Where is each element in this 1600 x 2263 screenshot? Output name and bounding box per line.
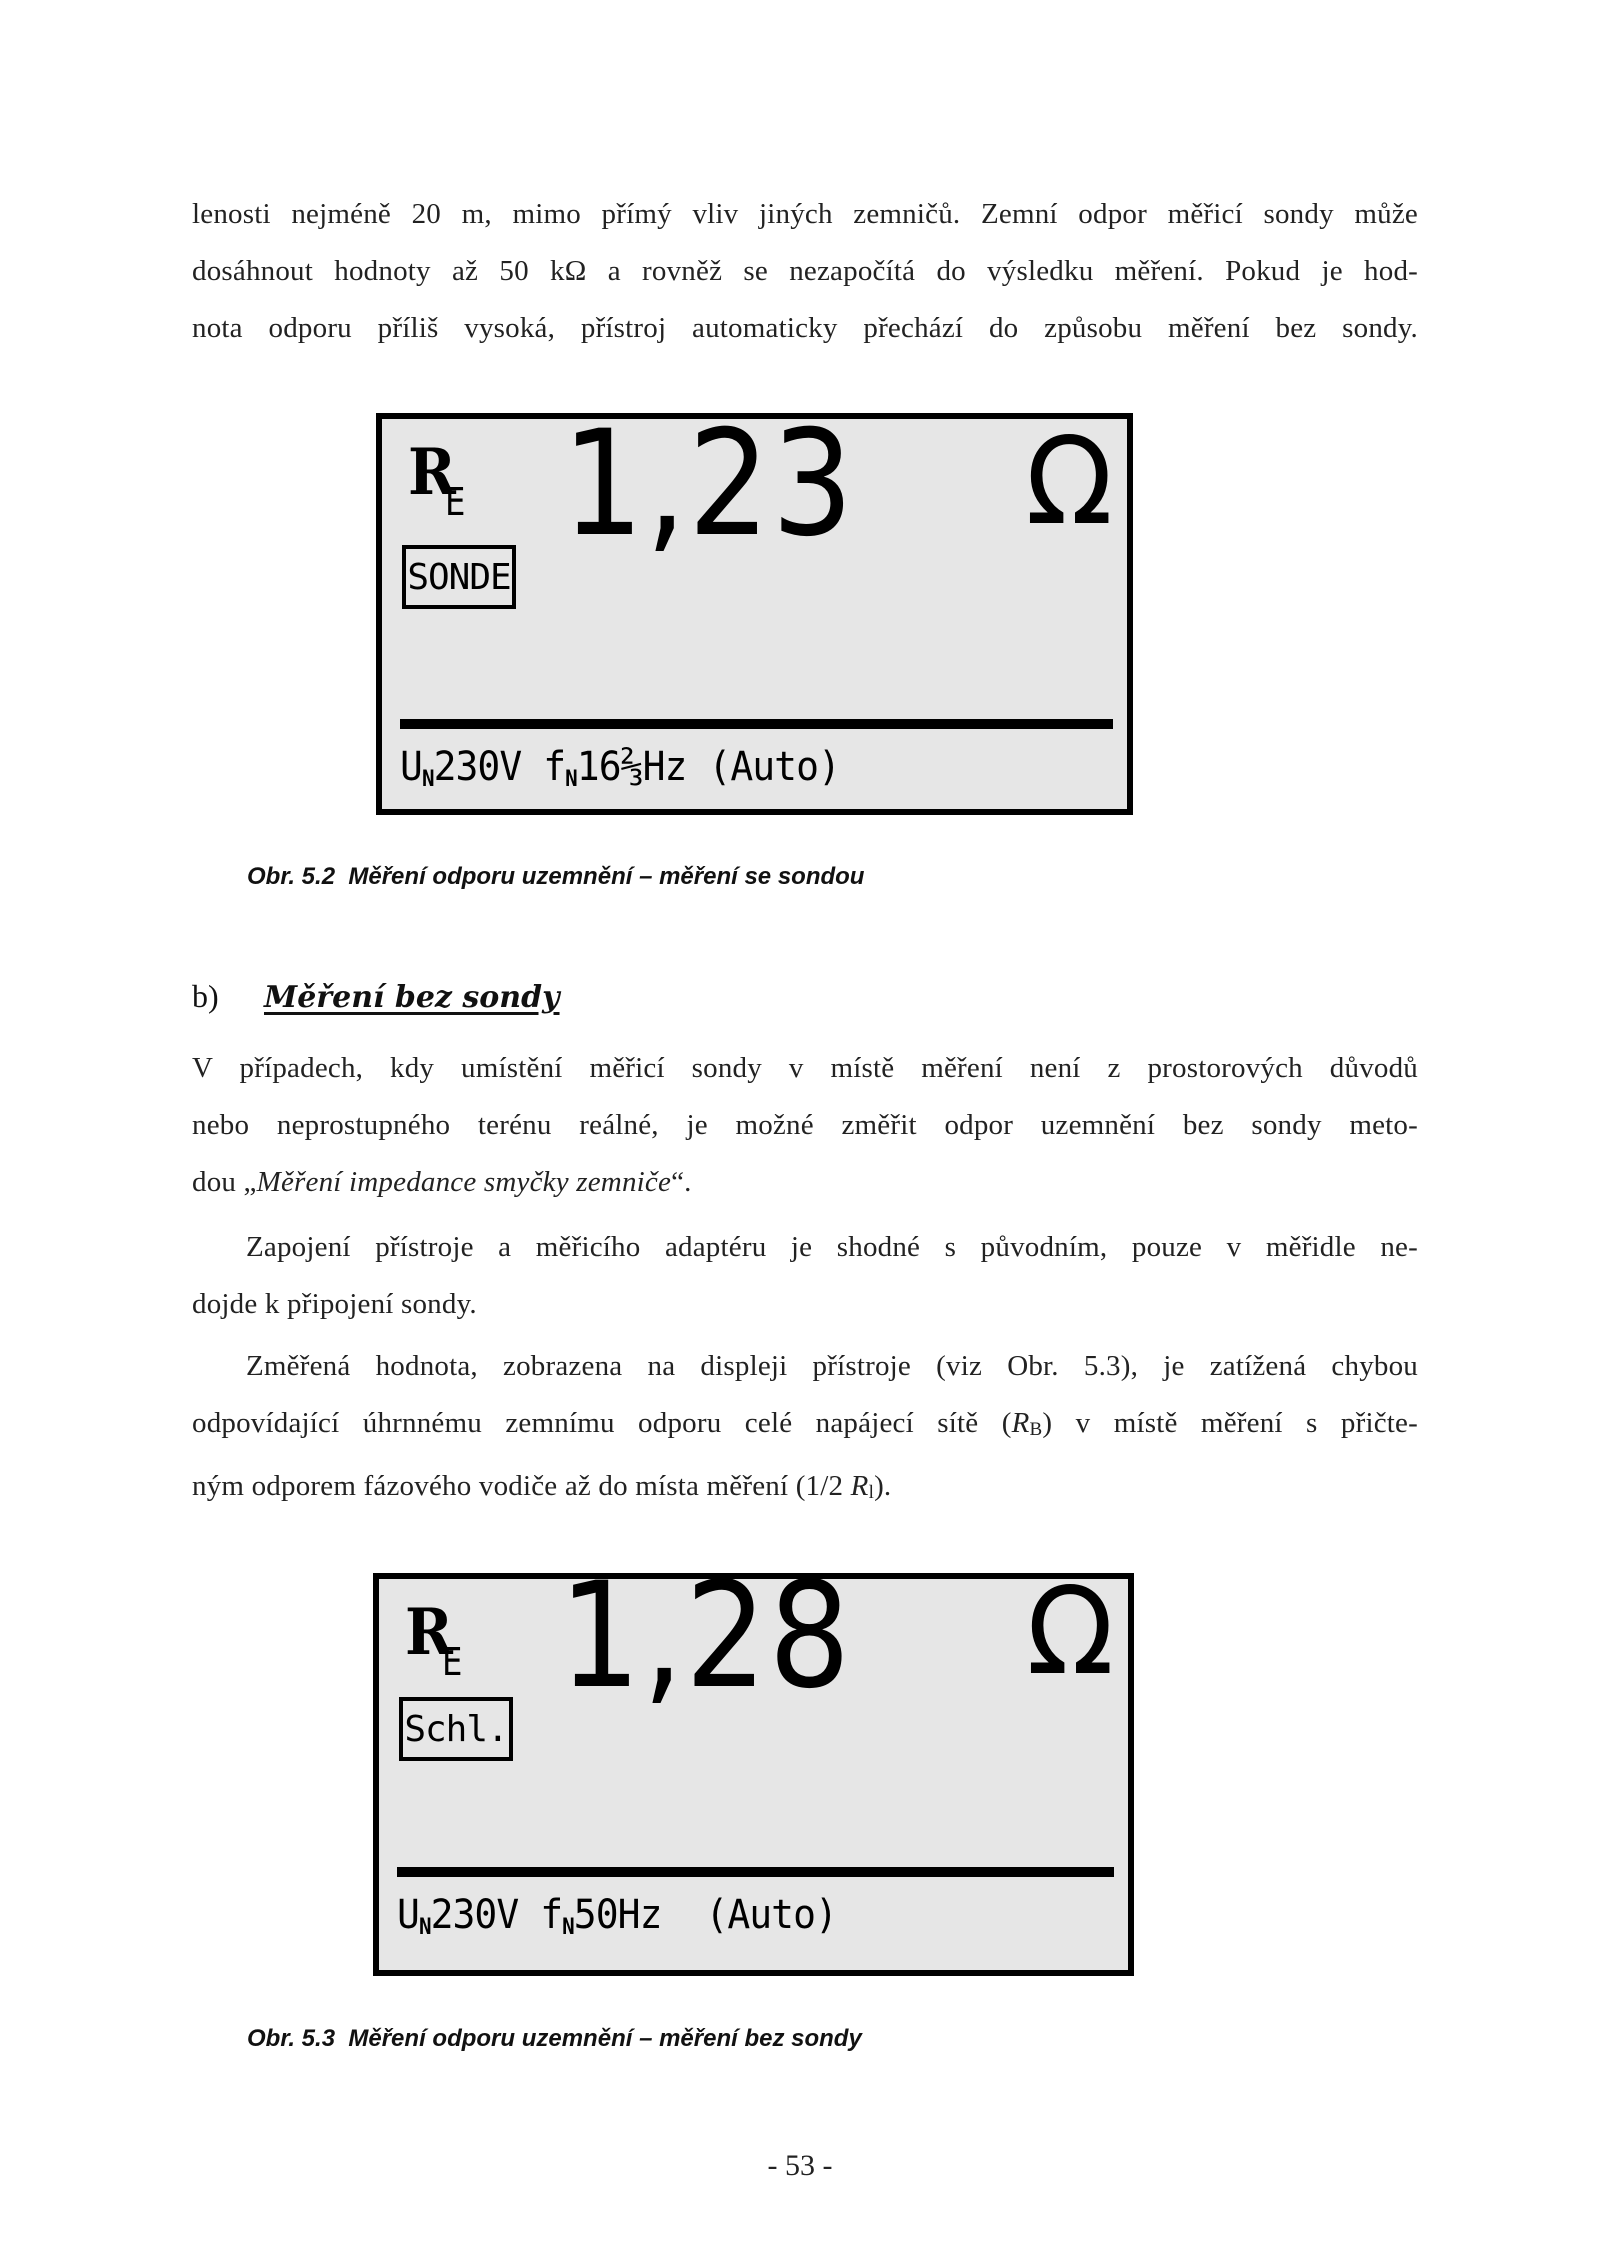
measured-value: 1,28 <box>559 1563 852 1709</box>
mode-badge: SONDE <box>402 545 516 609</box>
section-marker: b) <box>192 974 264 1018</box>
text-fragment: ným odporem fázového vodiče až do místa … <box>192 1470 851 1502</box>
meter-display-without-probe: R E Schl. 1,28 Ω UN230V fN50Hz (Auto) <box>373 1573 1134 1976</box>
paragraph-b1: V případech, kdy umístění měřicí sondy v… <box>192 1040 1418 1211</box>
text-fragment: ) v místě měření s přičte- <box>1042 1407 1418 1439</box>
text-fragment: “. <box>671 1166 692 1198</box>
measured-value: 1,23 <box>562 411 855 557</box>
text-line: dojde k připojení sondy. <box>192 1276 1418 1333</box>
symbol: R <box>1012 1407 1030 1439</box>
text-line: lenosti nejméně 20 m, mimo přímý vliv ji… <box>192 186 1418 243</box>
text-line: odpovídající úhrnnému zemnímu odporu cel… <box>192 1395 1418 1458</box>
voltage-value: 230V <box>434 744 522 790</box>
frequency-subscript: N <box>562 1915 574 1940</box>
paragraph-b3: Změřená hodnota, zobrazena na displeji p… <box>192 1338 1418 1521</box>
page-number: - 53 - <box>0 2148 1600 2184</box>
meter-display-with-probe: R E SONDE 1,23 Ω UN230V fN16⅔Hz (Auto) <box>376 413 1133 815</box>
frequency-label: f <box>540 1892 562 1938</box>
frequency-subscript: N <box>565 767 577 792</box>
figure-caption: Obr. 5.3 Měření odporu uzemnění – měření… <box>247 2024 862 2054</box>
range-mode: (Auto) <box>705 1892 837 1938</box>
method-name: Měření impedance smyčky zemniče <box>257 1166 671 1198</box>
status-line: UN230V fN16⅔Hz (Auto) <box>400 747 840 791</box>
text-fragment: ). <box>874 1470 891 1502</box>
text-line: ným odporem fázového vodiče až do místa … <box>192 1458 1418 1521</box>
section-title: Měření bez sondy <box>264 980 560 1015</box>
voltage-value: 230V <box>431 1892 519 1938</box>
text-fragment: dou „ <box>192 1166 257 1198</box>
voltage-subscript: N <box>422 767 434 792</box>
quantity-subscript: E <box>445 483 465 521</box>
frequency-value: 16⅔Hz <box>577 744 687 790</box>
text-line: nota odporu příliš vysoká, přístroj auto… <box>192 300 1418 357</box>
status-line: UN230V fN50Hz (Auto) <box>397 1895 837 1939</box>
text-line: dosáhnout hodnoty až 50 kΩ a rovněž se n… <box>192 243 1418 300</box>
unit-ohm: Ω <box>1027 1573 1114 1693</box>
text-line: nebo neprostupného terénu reálné, je mož… <box>192 1097 1418 1154</box>
section-heading: b)Měření bez sondy <box>192 974 560 1020</box>
text-fragment: odpovídající úhrnnému zemnímu odporu cel… <box>192 1407 1012 1439</box>
voltage-label: U <box>400 744 422 790</box>
range-mode: (Auto) <box>708 744 840 790</box>
figure-caption: Obr. 5.2 Měření odporu uzemnění – měření… <box>247 862 864 892</box>
paragraph-b2: Zapojení přístroje a měřicího adaptéru j… <box>192 1219 1418 1333</box>
text-line: V případech, kdy umístění měřicí sondy v… <box>192 1040 1418 1097</box>
text-line: dou „Měření impedance smyčky zemniče“. <box>192 1154 1418 1211</box>
text-line: Změřená hodnota, zobrazena na displeji p… <box>192 1338 1418 1395</box>
display-divider <box>400 719 1113 729</box>
paragraph-intro: lenosti nejméně 20 m, mimo přímý vliv ji… <box>192 186 1418 357</box>
voltage-label: U <box>397 1892 419 1938</box>
quantity-subscript: E <box>442 1643 462 1681</box>
voltage-subscript: N <box>419 1915 431 1940</box>
display-divider <box>397 1867 1114 1877</box>
text-line: Zapojení přístroje a měřicího adaptéru j… <box>192 1219 1418 1276</box>
frequency-value: 50Hz <box>574 1892 684 1938</box>
mode-badge: Schl. <box>399 1697 513 1761</box>
document-page: lenosti nejméně 20 m, mimo přímý vliv ji… <box>0 0 1600 2263</box>
symbol: R <box>851 1470 869 1502</box>
symbol-subscript: B <box>1030 1419 1043 1440</box>
unit-ohm: Ω <box>1026 423 1113 543</box>
frequency-label: f <box>543 744 565 790</box>
